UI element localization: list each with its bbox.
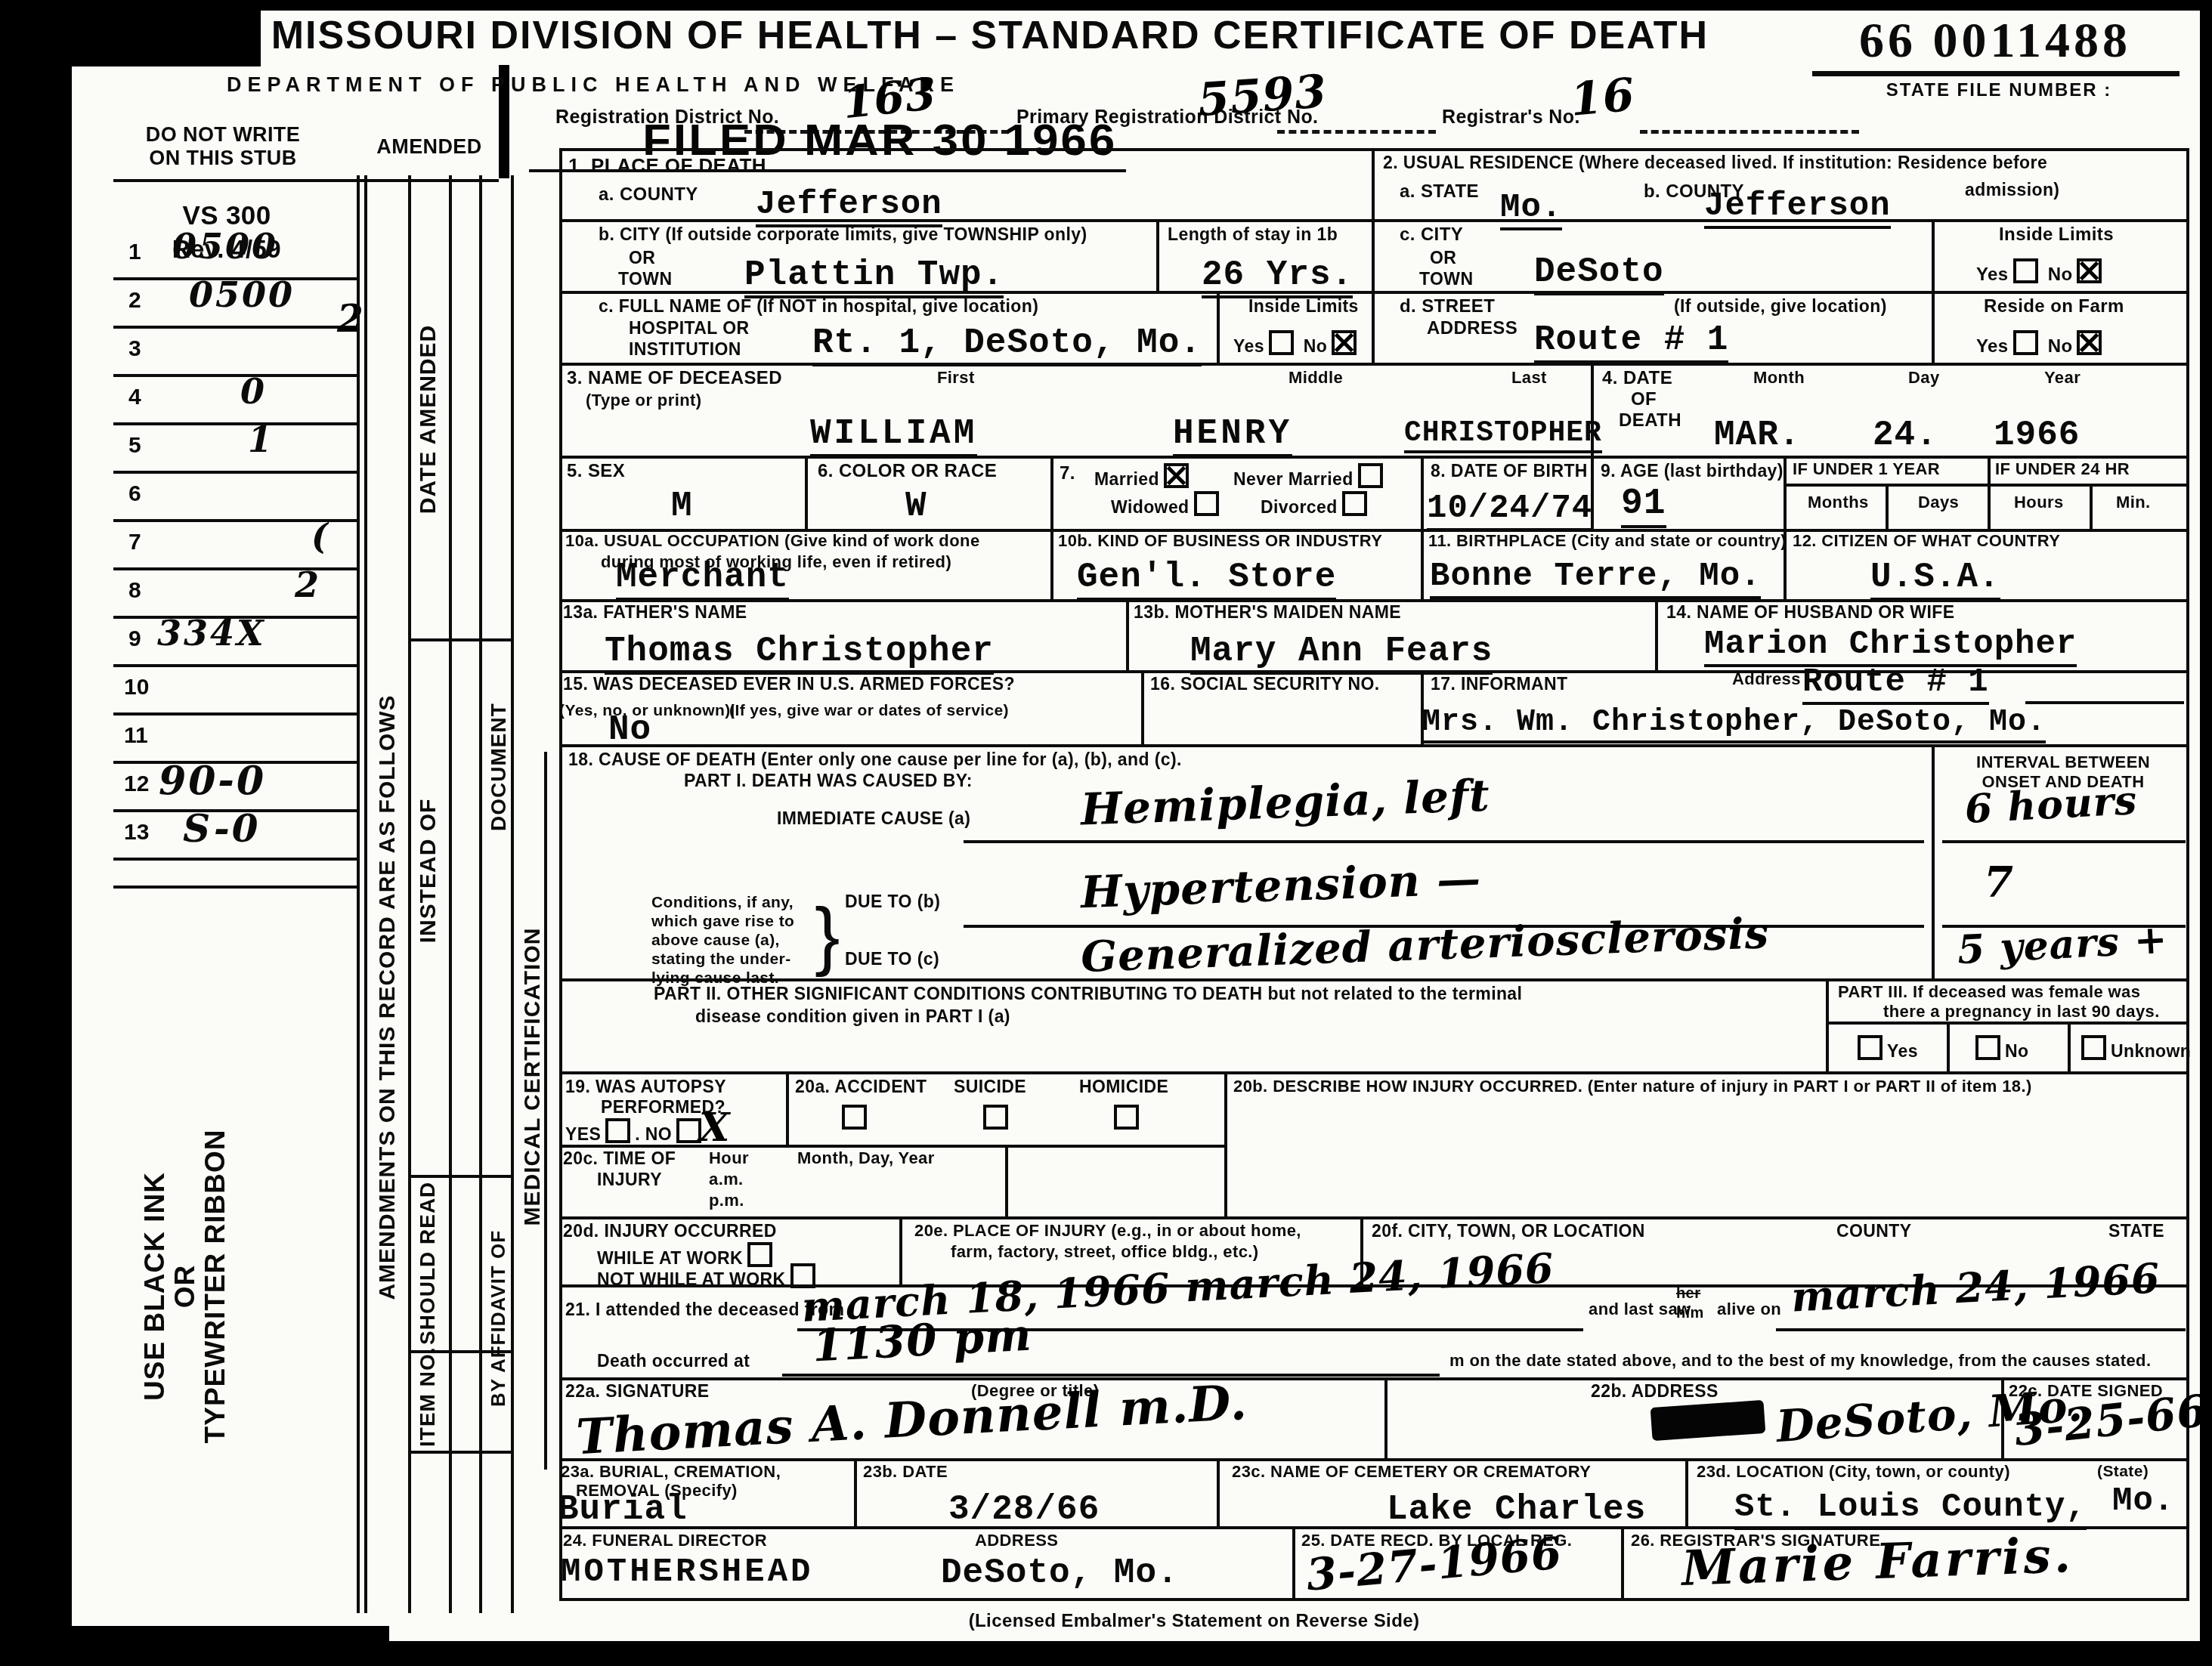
form-divider — [1988, 456, 1991, 529]
stub-row-1: 10500 — [113, 229, 357, 280]
field-under24hr-label: IF UNDER 24 HR — [1995, 459, 2130, 479]
never-married-label: Never Married — [1233, 469, 1353, 489]
stub-row-num: 5 — [128, 433, 141, 459]
field-hospital-label2: HOSPITAL OR — [629, 318, 749, 339]
field-state-sub-label: (State) — [2097, 1462, 2149, 1481]
stub-amended-label: AMENDED — [354, 134, 505, 159]
stub-row-value: 0500 — [189, 274, 295, 315]
stub-row-num: 6 — [128, 481, 141, 507]
field-father-value: Thomas Christopher — [605, 632, 994, 675]
form-divider — [1292, 1526, 1295, 1598]
dot: . — [635, 1124, 640, 1144]
stub-row-11: 11 — [113, 712, 357, 764]
stub-row-value: 2 — [295, 564, 321, 605]
stub-by-affidavit-label: BY AFFIDAVIT OF — [487, 1252, 510, 1407]
field-death-inside-limits-boxes: Yes No — [1233, 330, 1361, 357]
pregnancy-yes-label: Yes — [1887, 1041, 1918, 1061]
field-ssn-label: 16. SOCIAL SECURITY NO. — [1150, 674, 1380, 695]
stub-row-3: 3 — [113, 326, 357, 377]
field-date-of-death-label3: DEATH — [1619, 410, 1681, 432]
field-cemetery-state-value: Mo. — [2112, 1482, 2174, 1520]
death-certificate-scan: MISSOURI DIVISION OF HEALTH – STANDARD C… — [0, 0, 2212, 1666]
field-months-label: Months — [1808, 493, 1869, 512]
field-age-label: 9. AGE (last birthday) — [1601, 461, 1784, 482]
field-place-of-death-label: 1. PLACE OF DEATH — [568, 154, 766, 178]
field-farm-label: Reside on Farm — [1984, 296, 2124, 318]
page-title: MISSOURI DIVISION OF HEALTH – STANDARD C… — [234, 12, 1746, 59]
stub-row-num: 7 — [128, 530, 141, 555]
field-city-town: TOWN — [618, 269, 672, 290]
checkbox-farm-yes — [2013, 330, 2038, 355]
form-rule — [559, 1458, 2189, 1461]
field-injury-city-label: 20f. CITY, TOWN, OR LOCATION — [1372, 1221, 1645, 1242]
field-street-label: d. STREET — [1400, 296, 1495, 318]
stub-row-value: 1 — [248, 419, 274, 460]
checkbox-married — [1164, 463, 1189, 488]
field-pregnancy-yes: Yes — [1853, 1035, 1918, 1062]
form-rule — [559, 363, 2189, 366]
form-divider — [1005, 1145, 1008, 1216]
field-day-label: Day — [1908, 368, 1940, 388]
stub-row-value: 90-0 — [159, 758, 266, 804]
checkbox-pregnancy-unknown — [2081, 1035, 2106, 1060]
field-residence-inside-limits-boxes: Yes No — [1976, 258, 2106, 286]
yes-label: Yes — [1976, 264, 2009, 285]
checkbox-pregnancy-yes — [1858, 1035, 1883, 1060]
stub-row-13: 13S-0 — [113, 809, 357, 861]
form-divider — [854, 1458, 857, 1526]
stub-row-10: 10 — [113, 664, 357, 716]
stub-row-value: 0 — [240, 371, 267, 412]
checkbox-divorced — [1342, 491, 1367, 516]
field-funeral-director-value: MOTHERSHEAD — [561, 1553, 813, 1591]
registrar-no-label: Registrar's No. — [1442, 106, 1580, 128]
form-divider — [1217, 1458, 1220, 1526]
field-residence-inside-limits-label: Inside Limits — [1999, 224, 2114, 246]
form-divider — [1685, 1458, 1688, 1526]
field-dob-value: 10/24/74 — [1427, 490, 1592, 531]
stub-extra-rule — [113, 886, 357, 889]
autopsy-no-label: NO — [645, 1124, 672, 1144]
field-street-value: Route # 1 — [1534, 320, 1728, 363]
primary-reg-line — [1277, 130, 1436, 134]
field-dob-label: 8. DATE OF BIRTH — [1431, 461, 1588, 482]
field-m-text: m on the date stated above, and to the b… — [1449, 1351, 2151, 1371]
cond-2: which gave rise to — [651, 913, 794, 930]
field-funeral-address-value: DeSoto, Mo. — [941, 1553, 1179, 1593]
field-funeral-director-label: 24. FUNERAL DIRECTOR — [563, 1531, 767, 1550]
field-residence-state-value: Mo. — [1500, 189, 1562, 230]
field-informant-address-label: Address — [1732, 669, 1801, 689]
field-length-of-stay-value: 26 Yrs. — [1202, 255, 1353, 298]
field-county-value: Jefferson — [756, 186, 942, 227]
form-divider — [1372, 148, 1375, 363]
stub-row-num: 3 — [128, 336, 141, 362]
stub-grid-rule — [408, 1451, 511, 1454]
field-hour-label: Hour — [709, 1148, 749, 1168]
field-race-value: W — [905, 487, 927, 526]
form-divider — [1126, 599, 1129, 670]
form-divider — [2090, 484, 2093, 529]
field-middle-label: Middle — [1289, 368, 1343, 388]
field-city-of-death-value: Plattin Twp. — [744, 255, 1004, 298]
checkbox-death-inside-yes — [1269, 330, 1294, 355]
form-rule — [559, 456, 2189, 459]
field-occupation-label: 10a. USUAL OCCUPATION (Give kind of work… — [565, 531, 980, 551]
field-spouse-value: Marion Christopher — [1704, 626, 2077, 667]
field-marital-number: 7. — [1060, 463, 1075, 485]
field-sig-address-label: 22b. ADDRESS — [1591, 1381, 1719, 1402]
field-time-injury-label: 20c. TIME OF — [563, 1148, 676, 1170]
field-cemetery-location-label: 23d. LOCATION (City, town, or county) — [1697, 1462, 2010, 1482]
registrar-no-value: 16 — [1568, 68, 1637, 126]
form-divider — [1621, 1526, 1624, 1598]
form-divider — [1224, 1071, 1227, 1216]
autopsy-no-handwritten-mark: X — [699, 1105, 730, 1151]
form-divider — [1217, 291, 1220, 363]
field-residence-state-label: a. STATE — [1400, 181, 1479, 203]
field-her-struck: her — [1676, 1284, 1700, 1303]
stub-row2-overflow-mark: 2 — [337, 296, 364, 341]
field-part2-label: PART II. OTHER SIGNIFICANT CONDITIONS CO… — [654, 984, 1522, 1005]
form-divider — [1384, 1377, 1388, 1458]
form-divider — [1826, 978, 1829, 1071]
field-part2-label2: disease condition given in PART I (a) — [695, 1006, 1010, 1028]
stub-grid-rule — [408, 638, 511, 641]
field-death-inside-limits-label: Inside Limits — [1248, 296, 1359, 317]
stub-row-num: 9 — [128, 626, 141, 652]
stub-row-5: 51 — [113, 422, 357, 474]
field-place-injury-label: 20e. PLACE OF INJURY (e.g., in or about … — [914, 1221, 1301, 1241]
no-label: No — [2048, 264, 2073, 285]
stub-header-rule — [113, 179, 499, 182]
stub-grid-line — [511, 175, 514, 1613]
field-date-of-death-label2: OF — [1631, 389, 1657, 411]
field-city-of-death-label: b. CITY (If outside corporate limits, gi… — [599, 224, 1087, 246]
field-death-occurred-label: Death occurred at — [597, 1351, 750, 1372]
not-while-at-work-label: NOT WHILE AT WORK — [597, 1269, 786, 1289]
stub-grid-line — [449, 175, 452, 1613]
form-divider — [1421, 456, 1424, 599]
field-street-label2: ADDRESS — [1427, 318, 1517, 340]
checkbox-suicide — [983, 1105, 1008, 1130]
field-father-label: 13a. FATHER'S NAME — [563, 602, 747, 623]
form-divider — [1050, 456, 1053, 599]
field-mother-value: Mary Ann Fears — [1190, 632, 1493, 675]
ink-line1: USE BLACK INK — [139, 1172, 170, 1401]
field-last-name-value: CHRISTOPHER — [1404, 417, 1602, 453]
form-divider — [1156, 219, 1159, 291]
field-marital-married: Married — [1094, 463, 1193, 490]
field-autopsy-label: 19. WAS AUTOPSY — [565, 1077, 726, 1098]
stub-row-num: 2 — [128, 288, 141, 314]
field-immediate-cause-label: IMMEDIATE CAUSE (a) — [777, 808, 970, 830]
field-marital-widowed: Widowed — [1111, 491, 1224, 518]
field-last-label: Last — [1511, 368, 1547, 388]
field-hospital-label: c. FULL NAME OF (If NOT in hospital, giv… — [599, 296, 1038, 317]
form-divider — [1784, 456, 1787, 599]
field-residence-label: 2. USUAL RESIDENCE (Where deceased lived… — [1383, 153, 2047, 174]
stub-use-black-ink-note: USE BLACK INK OR TYPEWRITER RIBBON — [140, 1088, 230, 1485]
field-informant-value: Mrs. Wm. Christopher, DeSoto, Mo. — [1422, 706, 2046, 743]
field-pregnancy-unknown: Unknown — [2077, 1035, 2191, 1062]
field-hours-label: Hours — [2014, 493, 2064, 512]
stub-grid-line — [479, 175, 482, 1613]
field-armed-forces-label: 15. WAS DECEASED EVER IN U.S. ARMED FORC… — [563, 674, 1015, 695]
field-first-name-value: WILLIAM — [810, 414, 977, 457]
checkbox-autopsy-no — [676, 1118, 701, 1143]
file-number-rule — [1812, 71, 2180, 76]
field-marital-divorced: Divorced — [1261, 491, 1372, 518]
married-label: Married — [1094, 469, 1159, 489]
field-hospital-value: Rt. 1, DeSoto, Mo. — [812, 323, 1202, 366]
field-mdy-label: Month, Day, Year — [797, 1148, 935, 1168]
stub-row-9: 9334X — [113, 616, 357, 667]
field-homicide-label: HOMICIDE — [1079, 1077, 1168, 1098]
checkbox-farm-no — [2077, 330, 2102, 355]
field-birthplace-label: 11. BIRTHPLACE (City and state or countr… — [1428, 531, 1787, 551]
field-death-year-value: 1966 — [1994, 416, 2080, 459]
stub-row-value: ( — [311, 516, 330, 557]
interval-label-1: INTERVAL BETWEEN — [1976, 753, 2150, 771]
stub-row-num: 8 — [128, 578, 141, 604]
field-residence-city-value: DeSoto — [1534, 252, 1664, 295]
field-due-c-label: DUE TO (c) — [845, 949, 939, 970]
stub-row-4: 40 — [113, 374, 357, 425]
field-birthplace-value: Bonne Terre, Mo. — [1430, 558, 1761, 599]
field-alive-on-label: alive on — [1717, 1300, 1781, 1319]
field-pm-label: p.m. — [709, 1191, 744, 1210]
stub-instead-of-label: INSTEAD OF — [416, 744, 441, 997]
stub-row-num: 10 — [124, 675, 149, 700]
checkbox-never-married — [1358, 463, 1383, 488]
stub-item-no-label: ITEM NO. — [416, 1355, 440, 1447]
field-part3-label: PART III. If deceased was female was — [1838, 982, 2140, 1002]
stub-row-6: 6 — [113, 471, 357, 522]
stub-do-not-write-line2: ON THIS STUB — [149, 147, 296, 169]
field-armed-forces-value: No — [608, 710, 651, 750]
checkbox-accident — [842, 1105, 867, 1130]
field-conditions-note: Conditions, if any, which gave rise to a… — [651, 893, 814, 988]
stub-row-value: S-0 — [183, 806, 260, 851]
stub-do-not-write-line1: DO NOT WRITE — [146, 123, 300, 146]
form-rule — [559, 1377, 2189, 1380]
form-divider — [1141, 670, 1144, 744]
field-sex-value: M — [671, 487, 693, 526]
field-signature-label: 22a. SIGNATURE — [565, 1381, 710, 1402]
field-place-injury-label2: farm, factory, street, office bldg., etc… — [951, 1242, 1259, 1262]
field-first-label: First — [937, 368, 975, 388]
checkbox-pregnancy-no — [1975, 1035, 2000, 1060]
registrar-no-line — [1640, 130, 1859, 134]
stub-row-num: 4 — [128, 385, 141, 410]
field-county-label: a. COUNTY — [599, 184, 698, 206]
field-armed-forces-label3: (If yes, give war or dates of service) — [729, 701, 1009, 720]
field-year-label: Year — [2044, 368, 2081, 388]
stub-should-read-label: SHOULD READ — [416, 1190, 440, 1345]
state-file-number-label: STATE FILE NUMBER : — [1836, 80, 2161, 102]
yes-label: Yes — [1976, 336, 2009, 357]
field-street-hint: (If outside, give location) — [1674, 296, 1887, 317]
checkbox-residence-inside-no — [2077, 258, 2102, 283]
field-due-b-label: DUE TO (b) — [845, 892, 940, 913]
checkbox-death-inside-no — [1332, 330, 1357, 355]
stub-row-2: 20500 — [113, 277, 357, 329]
field-injury-occurred-label: 20d. INJURY OCCURRED — [563, 1221, 777, 1242]
form-divider — [786, 1071, 789, 1145]
cond-3: above cause (a), — [651, 932, 780, 949]
field-hospital-label3: INSTITUTION — [629, 339, 741, 360]
stub-document-label: DOCUMENT — [487, 712, 511, 831]
autopsy-yes-label: YES — [565, 1124, 601, 1144]
stub-grid-line — [364, 175, 367, 1613]
form-rule — [559, 1071, 2189, 1074]
stub-row-num: 13 — [124, 820, 149, 845]
conditions-bracket: } — [815, 890, 840, 981]
field-time-injury-label2: INJURY — [597, 1170, 662, 1191]
field-burial-label: 23a. BURIAL, CREMATION, — [561, 1462, 781, 1482]
field-interval-a-value: 6 hours — [1964, 777, 2139, 833]
field-name-label: 3. NAME OF DECEASED — [567, 368, 782, 390]
stub-row-num: 1 — [128, 240, 141, 265]
form-divider — [2068, 1022, 2071, 1071]
stub-grid-line — [408, 175, 411, 1613]
interval-a-rule — [1942, 840, 2186, 843]
field-sex-label: 5. SEX — [567, 461, 625, 483]
stub-row-8: 82 — [113, 567, 357, 619]
field-under1year-label: IF UNDER 1 YEAR — [1793, 459, 1940, 479]
field-informant-label: 17. INFORMANT — [1431, 674, 1568, 695]
field-not-while-at-work: NOT WHILE AT WORK — [597, 1263, 820, 1290]
field-death-month-value: MAR. — [1714, 416, 1800, 459]
footer-note: (Licensed Embalmer's Statement on Revers… — [892, 1611, 1496, 1633]
widowed-label: Widowed — [1111, 497, 1190, 517]
field-residence-label2: admission) — [1965, 180, 2059, 201]
form-rule — [559, 1216, 2189, 1219]
form-divider — [1932, 744, 1935, 978]
field-race-label: 6. COLOR OR RACE — [818, 461, 997, 483]
field-part3-label2: there a pregnancy in last 90 days. — [1883, 1002, 2160, 1022]
pregnancy-no-label: No — [2005, 1041, 2028, 1061]
cond-1: Conditions, if any, — [651, 894, 794, 911]
pregnancy-unknown-label: Unknown — [2111, 1041, 2191, 1061]
ink-line2: OR — [169, 1265, 200, 1309]
field-funeral-address-label: ADDRESS — [975, 1531, 1058, 1550]
field-citizen-value: U.S.A. — [1870, 558, 2000, 601]
field-date-of-death-label: 4. DATE — [1602, 368, 1672, 390]
form-rule — [559, 1145, 1224, 1148]
form-divider — [1947, 1022, 1950, 1071]
field-city-or: OR — [629, 248, 655, 269]
ink-line3: TYPEWRITER RIBBON — [200, 1130, 230, 1444]
cond-4: stating the under- — [651, 950, 791, 968]
field-interval-b-value: 7 — [1984, 858, 2014, 907]
field-marital-never: Never Married — [1233, 463, 1388, 490]
field-am-label: a.m. — [709, 1170, 744, 1189]
field-mother-label: 13b. MOTHER'S MAIDEN NAME — [1134, 602, 1401, 623]
field-death-day-value: 24. — [1873, 416, 1938, 459]
form-divider — [899, 1216, 902, 1284]
field-cemetery-value: Lake Charles — [1387, 1490, 1646, 1529]
field-informant-address-value: Route # 1 — [1802, 663, 1989, 705]
state-file-number: 66 0011488 — [1810, 11, 2180, 70]
field-middle-name-value: HENRY — [1173, 414, 1292, 457]
stub-row-7: 7( — [113, 519, 357, 570]
form-divider — [1886, 484, 1889, 529]
yes-label: Yes — [1233, 336, 1264, 356]
stub-date-amended-label: DATE AMENDED — [416, 219, 441, 620]
cause-a-rule — [964, 840, 1924, 843]
field-occupation-value: Merchant — [616, 558, 789, 601]
field-length-of-stay-label: Length of stay in 1b — [1168, 224, 1338, 246]
form-divider — [805, 456, 808, 529]
field-cemetery-location-value: St. Louis County, — [1734, 1488, 2087, 1530]
stub-row-num: 12 — [124, 771, 149, 797]
form-rule — [1826, 1022, 2189, 1025]
checkbox-residence-inside-yes — [2013, 258, 2038, 283]
field-residence-county-value: Jefferson — [1704, 187, 1891, 229]
checkbox-widowed — [1194, 491, 1219, 516]
field-min-label: Min. — [2116, 493, 2151, 512]
field-industry-label: 10b. KIND OF BUSINESS OR INDUSTRY — [1058, 531, 1382, 551]
checkbox-autopsy-yes — [605, 1118, 630, 1143]
death-time-rule — [782, 1374, 1440, 1377]
no-label: No — [2048, 336, 2073, 357]
field-spouse-label: 14. NAME OF HUSBAND OR WIFE — [1666, 602, 1954, 623]
primary-registration-value: 5593 — [1196, 65, 1329, 127]
field-name-sub: (Type or print) — [586, 391, 701, 410]
stub-amendments-note: AMENDMENTS ON THIS RECORD ARE AS FOLLOWS — [375, 567, 401, 1428]
field-citizen-label: 12. CITIZEN OF WHAT COUNTRY — [1793, 531, 2060, 551]
form-rule — [1784, 484, 2189, 487]
field-suicide-label: SUICIDE — [954, 1077, 1026, 1098]
stub-grid-line — [357, 175, 360, 1613]
alive-rule — [1776, 1328, 2186, 1331]
field-describe-injury-label: 20b. DESCRIBE HOW INJURY OCCURRED. (Ente… — [1233, 1077, 2032, 1096]
form-divider — [1655, 599, 1658, 670]
stub-row-12: 1290-0 — [113, 761, 357, 812]
field-burial-date-value: 3/28/66 — [948, 1490, 1100, 1529]
field-autopsy-boxes: YES. NO — [565, 1118, 706, 1145]
form-divider — [1932, 219, 1935, 363]
medical-certification-label: MEDICAL CERTIFICATION — [520, 865, 546, 1288]
field-residence-city-label: c. CITY — [1400, 224, 1463, 246]
no-label: No — [1304, 336, 1327, 356]
field-injury-state-label: STATE — [2108, 1221, 2164, 1242]
scan-artifact-top-left — [72, 11, 261, 66]
stub-row-value: 334X — [157, 613, 266, 654]
field-cemetery-label: 23c. NAME OF CEMETERY OR CREMATORY — [1232, 1462, 1591, 1482]
stub-do-not-write: DO NOT WRITE ON THIS STUB — [121, 123, 325, 170]
field-age-value: 91 — [1621, 484, 1666, 528]
field-cause-label: 18. CAUSE OF DEATH (Enter only one cause… — [568, 750, 1182, 771]
field-days-label: Days — [1918, 493, 1959, 512]
field-farm-boxes: Yes No — [1976, 330, 2106, 358]
stub-grid-rule — [408, 1175, 511, 1178]
stub-row-num: 11 — [124, 723, 148, 749]
form-rule — [559, 1598, 2189, 1601]
address-rule — [2025, 701, 2184, 704]
field-burial-date-label: 23b. DATE — [863, 1462, 948, 1482]
divorced-label: Divorced — [1261, 497, 1338, 517]
field-residence-city-town: TOWN — [1419, 269, 1473, 290]
field-month-label: Month — [1753, 368, 1805, 388]
field-him-label: him — [1676, 1304, 1704, 1322]
field-part1-label: PART I. DEATH WAS CAUSED BY: — [684, 771, 973, 792]
checkbox-homicide — [1114, 1105, 1139, 1130]
field-industry-value: Gen'l. Store — [1077, 558, 1336, 601]
field-injury-county-label: COUNTY — [1836, 1221, 1912, 1242]
